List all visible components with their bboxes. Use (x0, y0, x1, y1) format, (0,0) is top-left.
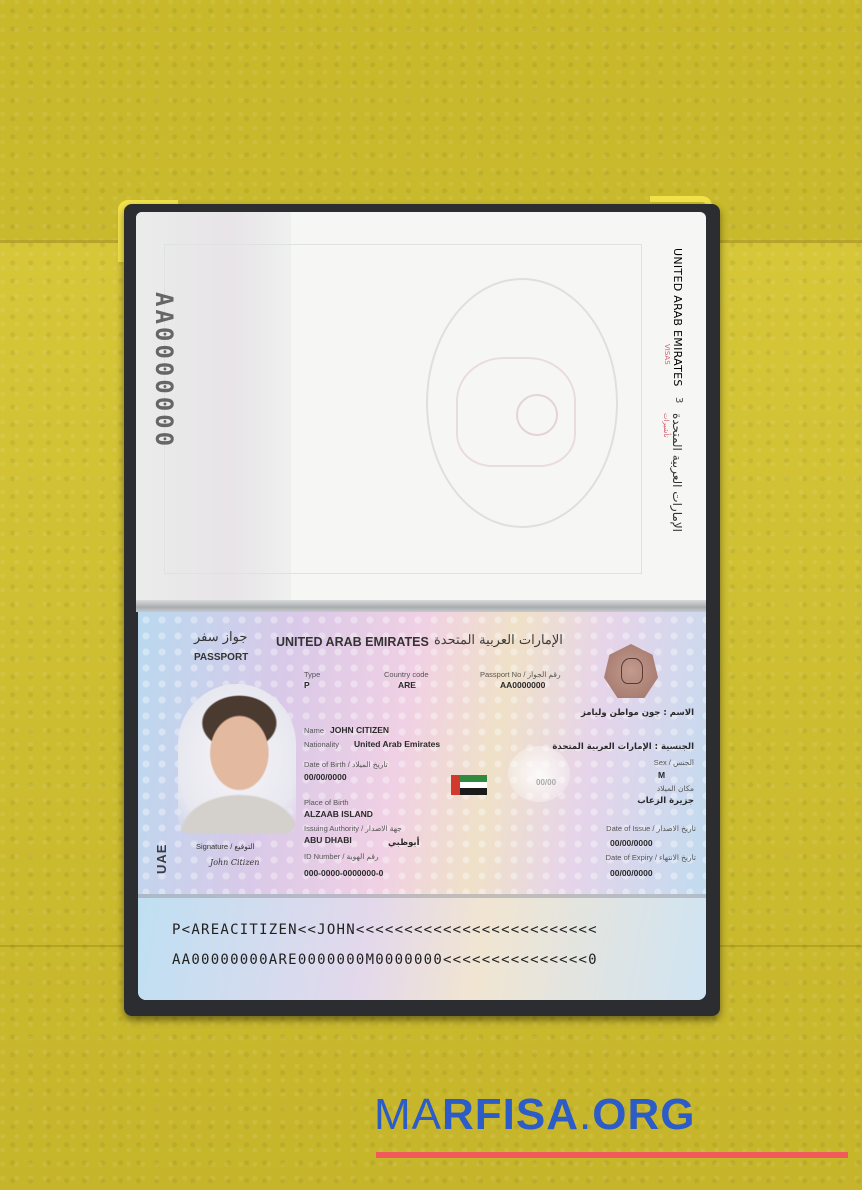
visa-page-number: 3 (666, 397, 684, 403)
country-code-label: Country code (384, 670, 429, 679)
date-of-issue-value: 00/00/0000 (610, 838, 653, 848)
issuing-authority-label: Issuing Authority / جهة الاصدار (304, 824, 402, 833)
issuing-country: UNITED ARAB EMIRATES (276, 635, 429, 649)
id-number-value: 000-0000-0000000-0 (304, 868, 383, 878)
passport-no-value: AA0000000 (500, 680, 545, 690)
ghost-image (508, 746, 570, 802)
passport-no-label: Passport No / رقم الجواز (480, 670, 561, 679)
dob-label: Date of Birth / تاريخ الميلاد (304, 760, 388, 769)
visa-country: UNITED ARAB EMIRATES (671, 248, 684, 387)
nationality-label: Nationality (304, 740, 339, 749)
visa-country-arabic: الإمارات العربية المتحدة (670, 413, 684, 532)
visa-section-label: VISAS (663, 344, 671, 365)
issuing-country-arabic: الإمارات العربية المتحدة (434, 633, 563, 648)
signature-label: Signature / التوقيع (196, 842, 255, 851)
pob-arabic-value: جزيرة الزعاب (588, 796, 694, 806)
mrz-line-1: P<AREACITIZEN<<JOHN<<<<<<<<<<<<<<<<<<<<<… (172, 922, 598, 938)
dob-value: 00/00/0000 (304, 772, 347, 782)
type-label: Type (304, 670, 320, 679)
visa-page (136, 212, 706, 604)
mrz-line-2: AA00000000ARE0000000M0000000<<<<<<<<<<<<… (172, 952, 598, 968)
name-value: JOHN CITIZEN (330, 725, 389, 735)
name-label: Name (304, 726, 324, 735)
signature: John Citizen (210, 858, 259, 867)
issuing-authority-arabic: أبوظبي (388, 838, 420, 848)
sex-value: M (658, 770, 665, 780)
date-of-expiry-value: 00/00/0000 (610, 868, 653, 878)
country-code-value: ARE (398, 680, 416, 690)
uae-flag-icon (451, 775, 487, 795)
falcon-emblem-icon (456, 357, 576, 467)
visa-section-label-arabic: تأشيرات (662, 413, 670, 437)
page-fold (136, 600, 706, 612)
issuing-authority-value: ABU DHABI (304, 835, 352, 845)
passport-data-page: جواز سفر PASSPORT UNITED ARAB EMIRATES ا… (138, 612, 706, 1000)
date-of-expiry-label: Date of Expiry / تاريخ الانتهاء (568, 853, 696, 862)
watermark-underline (376, 1152, 848, 1158)
mrz-zone (138, 894, 706, 1000)
passport-arabic-logo: جواز سفر (194, 630, 247, 645)
date-of-issue-label: Date of Issue / تاريخ الاصدار (568, 824, 696, 833)
name-arabic: الاسم : جون مواطن وليامز (558, 708, 694, 718)
holder-photo (178, 684, 296, 834)
pob-value: ALZAAB ISLAND (304, 809, 373, 819)
sex-label: Sex / الجنس (612, 758, 694, 767)
type-value: P (304, 680, 310, 690)
emblem-icon (604, 644, 658, 698)
visa-side-text: UNITED ARAB EMIRATES VISAS 3 الإمارات ال… (662, 248, 684, 532)
nationality-value: United Arab Emirates (354, 739, 440, 749)
pob-arabic-label: مكان الميلاد (612, 784, 694, 793)
side-country-code: UAE (154, 844, 169, 874)
watermark-logo: MARFISA.ORG (374, 1090, 695, 1140)
pob-label: Place of Birth (304, 798, 349, 807)
ghost-image-text: 00/00 (536, 778, 556, 787)
nationality-arabic: الجنسية : الإمارات العربية المتحدة (538, 742, 694, 752)
passport-label: PASSPORT (194, 652, 248, 663)
id-number-label: ID Number / رقم الهوية (304, 852, 379, 861)
perforated-passport-number: AA0000000 (150, 292, 178, 449)
